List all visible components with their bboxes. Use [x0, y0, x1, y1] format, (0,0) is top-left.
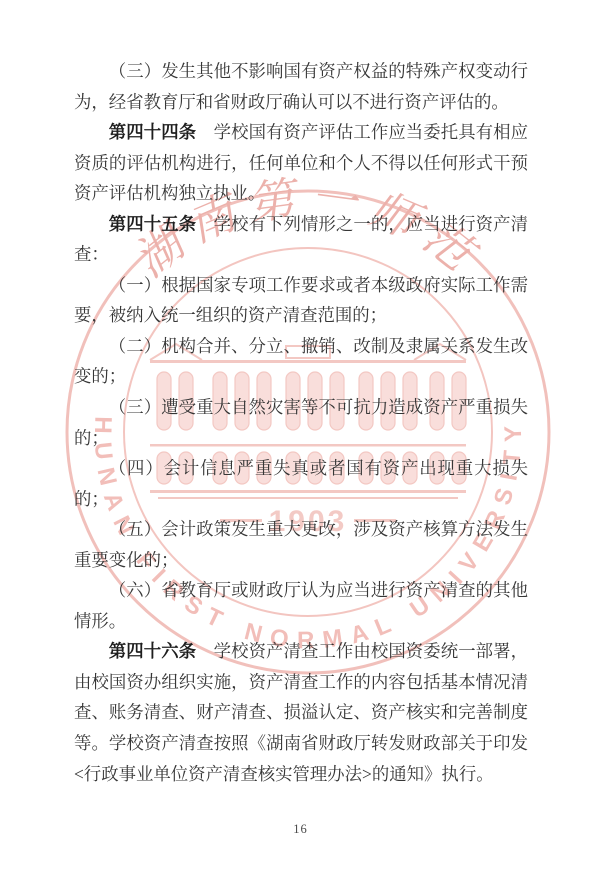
- paragraph: （六）省教育厅或财政厅认为应当进行资产清查的其他情形。: [74, 575, 528, 636]
- paragraph: （一）根据国家专项工作要求或者本级政府实际工作需要，被纳入统一组织的资产清查范围…: [74, 270, 528, 331]
- document-body: （三）发生其他不影响国有资产权益的特殊产权变动行为，经省教育厅和省财政厅确认可以…: [74, 56, 528, 789]
- article-number: 第四十五条: [109, 214, 196, 234]
- paragraph: 第四十六条 学校资产清查工作由校国资委统一部署，由校国资办组织实施，资产清查工作…: [74, 636, 528, 789]
- page-number: 16: [293, 822, 308, 836]
- paragraph: 第四十四条 学校国有资产评估工作应当委托具有相应资质的评估机构进行，任何单位和个…: [74, 117, 528, 209]
- article-number: 第四十六条: [109, 641, 196, 661]
- article-number: 第四十四条: [109, 122, 196, 142]
- paragraph: （三）遭受重大自然灾害等不可抗力造成资产严重损失的；: [74, 392, 528, 453]
- page-footer: 16: [0, 822, 601, 837]
- paragraph: 第四十五条 学校有下列情形之一的，应当进行资产清查：: [74, 209, 528, 270]
- paragraph: （二）机构合并、分立、撤销、改制及隶属关系发生改变的；: [74, 331, 528, 392]
- paragraph: （四）会计信息严重失真或者国有资产出现重大损失的；: [74, 453, 528, 514]
- paragraph: （五）会计政策发生重大更改，涉及资产核算方法发生重要变化的；: [74, 514, 528, 575]
- paragraph: （三）发生其他不影响国有资产权益的特殊产权变动行为，经省教育厅和省财政厅确认可以…: [74, 56, 528, 117]
